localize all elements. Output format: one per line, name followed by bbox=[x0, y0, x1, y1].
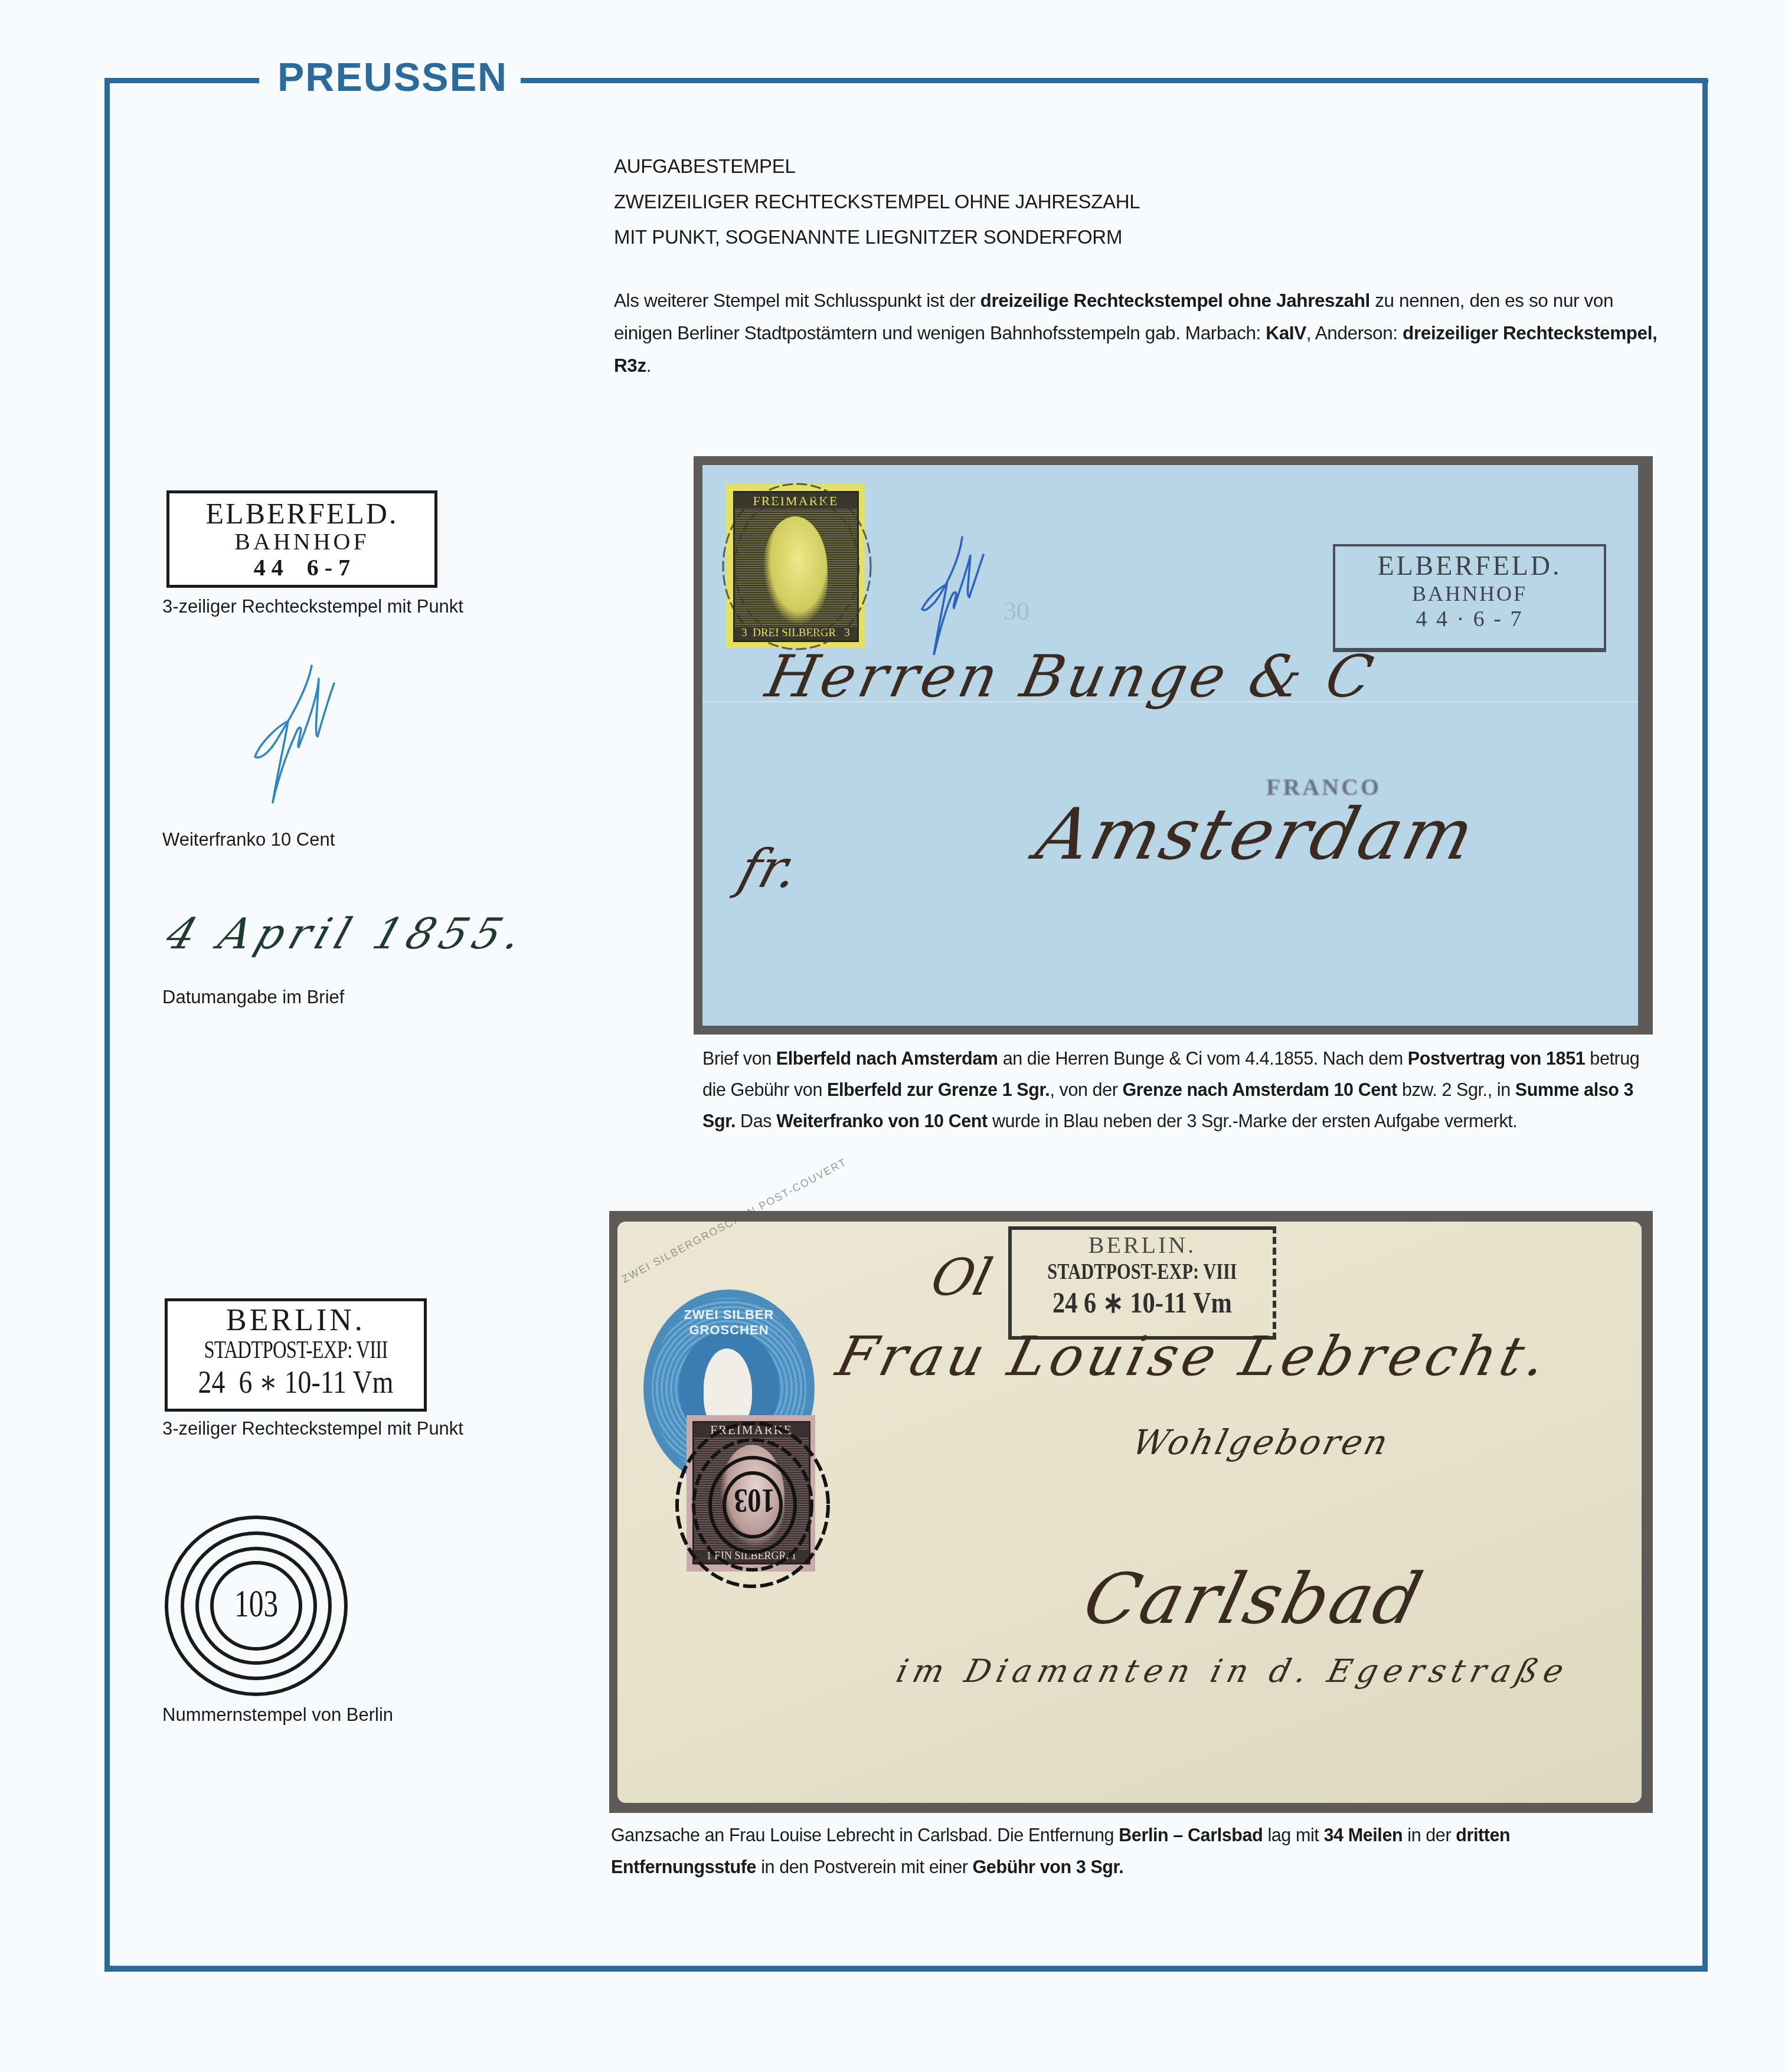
berlin-stamp-line-3: 24 6 ∗ 10-11 Vm bbox=[187, 1364, 405, 1400]
frame-top-right-segment bbox=[521, 78, 1708, 83]
body-text: lag mit bbox=[1263, 1825, 1323, 1845]
weiterfranko-caption: Weiterfranko 10 Cent bbox=[162, 829, 335, 850]
berlin-stamp-caption: 3-zeiliger Rechteckstempel mit Punkt bbox=[162, 1418, 463, 1439]
frame-right bbox=[1702, 78, 1708, 1972]
emphasis-text: KaIV bbox=[1266, 322, 1306, 343]
emphasis-text: Gebühr von 3 Sgr. bbox=[973, 1857, 1124, 1877]
elberfeld-stamp-line-1: ELBERFELD. bbox=[169, 498, 434, 529]
elberfeld-stamp-line-3: 4 4 6 - 7 bbox=[169, 555, 434, 581]
cover2-berlin-postmark: BERLIN. STADTPOST-EXP: VIII 24 6 ∗ 10-11… bbox=[1008, 1226, 1276, 1340]
cover1-ring-cancel-icon bbox=[711, 475, 888, 664]
cover2-address-line-1: Frau Louise Lebrecht. bbox=[831, 1325, 1558, 1388]
body-text: . bbox=[646, 355, 651, 376]
page-title: PREUSSEN bbox=[277, 54, 508, 100]
cover1-address-line-1: Herren Bunge & C bbox=[760, 643, 1382, 711]
postmark-line-1: ELBERFELD. bbox=[1335, 550, 1604, 582]
postmark-line-2: STADTPOST-EXP: VIII bbox=[1038, 1258, 1247, 1285]
postmark-line-2: BAHNHOF bbox=[1335, 582, 1604, 605]
cover1-address-line-2: Amsterdam bbox=[1029, 794, 1484, 876]
emphasis-text: Elberfeld nach Amsterdam bbox=[776, 1049, 998, 1069]
heading-line-2: ZWEIZEILIGER RECHTECKSTEMPEL OHNE JAHRES… bbox=[614, 191, 1140, 213]
heading-line-1: AUFGABESTEMPEL bbox=[614, 155, 796, 178]
cover1-elberfeld-postmark: ELBERFELD. BAHNHOF 4 4 · 6 - 7 bbox=[1333, 544, 1606, 652]
weiterfranko-signature-icon bbox=[218, 655, 348, 832]
body-text: Brief von bbox=[702, 1049, 776, 1069]
imprint-label: ZWEI SILBER GROSCHEN bbox=[643, 1307, 815, 1338]
cover1-faint-numeral: 30 bbox=[1003, 596, 1029, 626]
date-caption: Datumangabe im Brief bbox=[162, 987, 344, 1008]
cover2-address-line-3: Carlsbad bbox=[1076, 1558, 1432, 1639]
frame-left bbox=[104, 78, 110, 1972]
berlin-stamp-line-2: STADTPOST-EXP: VIII bbox=[196, 1337, 396, 1364]
body-text: , von der bbox=[1050, 1080, 1122, 1100]
body-text: Das bbox=[736, 1111, 776, 1131]
body-text: Als weiterer Stempel mit Schlusspunkt is… bbox=[614, 290, 980, 311]
postmark-line-1: BERLIN. bbox=[1012, 1232, 1273, 1258]
cover2-address-line-2: Wohlgeboren bbox=[1129, 1422, 1394, 1462]
emphasis-text: dreizeilige Rechteckstempel ohne Jahresz… bbox=[980, 290, 1370, 311]
postmark-line-3: 4 4 · 6 - 7 bbox=[1335, 605, 1604, 633]
handwritten-date: 4 April 1855. bbox=[160, 909, 534, 958]
emphasis-text: Grenze nach Amsterdam 10 Cent bbox=[1123, 1080, 1397, 1100]
frame-bottom bbox=[104, 1966, 1708, 1972]
postmark-line-3: 24 6 ∗ 10-11 Vm bbox=[1031, 1285, 1253, 1320]
cover2-cancel-number: 103 bbox=[731, 1481, 778, 1521]
cover2-address-line-4: im Diamanten in d. Egerstraße bbox=[893, 1652, 1573, 1690]
elberfeld-stamp-caption: 3-zeiliger Rechteckstempel mit Punkt bbox=[162, 596, 463, 617]
body-text: an die Herren Bunge & Ci vom 4.4.1855. N… bbox=[998, 1049, 1408, 1069]
emphasis-text: Elberfeld zur Grenze 1 Sgr. bbox=[827, 1080, 1050, 1100]
body-text: wurde in Blau neben der 3 Sgr.-Marke der… bbox=[988, 1111, 1518, 1131]
body-text: in der bbox=[1403, 1825, 1456, 1845]
frame-top-left-segment bbox=[104, 78, 259, 83]
emphasis-text: 34 Meilen bbox=[1324, 1825, 1403, 1845]
cover2-caption: Ganzsache an Frau Louise Lebrecht in Car… bbox=[611, 1819, 1656, 1883]
body-text: Ganzsache an Frau Louise Lebrecht in Car… bbox=[611, 1825, 1119, 1845]
berlin-stamp-line-1: BERLIN. bbox=[168, 1305, 424, 1337]
elberfeld-stamp-illustration: ELBERFELD. BAHNHOF 4 4 6 - 7 bbox=[166, 490, 437, 588]
number-stamp-value: 103 bbox=[234, 1582, 279, 1626]
body-text: in den Postverein mit einer bbox=[756, 1857, 972, 1877]
heading-line-3: MIT PUNKT, SOGENANNTE LIEGNITZER SONDERF… bbox=[614, 226, 1122, 248]
cover1-caption: Brief von Elberfeld nach Amsterdam an di… bbox=[702, 1043, 1653, 1137]
berlin-stamp-illustration: BERLIN. STADTPOST-EXP: VIII 24 6 ∗ 10-11… bbox=[165, 1298, 427, 1412]
emphasis-text: Postvertrag von 1851 bbox=[1408, 1049, 1586, 1069]
emphasis-text: Berlin – Carlsbad bbox=[1119, 1825, 1263, 1845]
intro-paragraph: Als weiterer Stempel mit Schlusspunkt is… bbox=[614, 284, 1659, 382]
emphasis-text: Weiterfranko von 10 Cent bbox=[776, 1111, 988, 1131]
body-text: , Anderson: bbox=[1306, 322, 1403, 343]
number-stamp-caption: Nummernstempel von Berlin bbox=[162, 1704, 393, 1726]
body-text: bzw. 2 Sgr., in bbox=[1397, 1080, 1515, 1100]
elberfeld-stamp-line-2: BAHNHOF bbox=[169, 529, 434, 555]
